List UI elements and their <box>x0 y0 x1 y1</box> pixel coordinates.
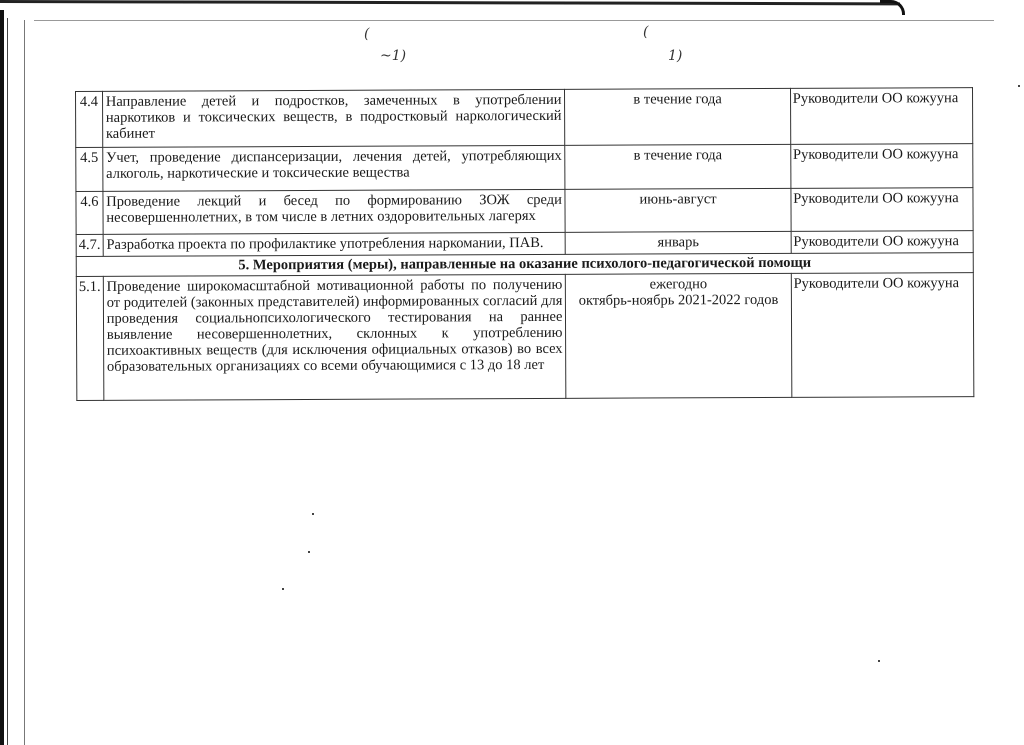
scan-edge-line <box>7 18 8 745</box>
row-responsible: Руководители ОО кожууна <box>791 231 973 254</box>
scan-edge-top <box>0 0 900 5</box>
row-responsible: Руководители ОО кожууна <box>791 188 973 232</box>
row-term: в течение года <box>565 144 791 189</box>
scan-page-curl <box>880 0 905 15</box>
row-number: 5.1. <box>76 276 103 400</box>
row-term: июнь-август <box>565 188 790 232</box>
handwritten-mark: ~1) <box>380 48 406 64</box>
row-description: Учет, проведение диспансеризации, лечени… <box>103 145 566 191</box>
scan-edge-left <box>0 10 4 745</box>
row-description: Проведение широкомасштабной мотивационно… <box>103 274 566 400</box>
row-term: январь <box>566 231 791 254</box>
scan-edge-line <box>34 20 994 21</box>
row-number: 4.7. <box>76 234 103 256</box>
row-responsible: Руководители ОО кожууна <box>790 88 973 145</box>
scan-edge-line <box>24 20 25 745</box>
row-term: в течение года <box>565 88 791 145</box>
scan-speck <box>282 588 284 590</box>
measures-table: 4.4 Направление детей и подростков, заме… <box>75 87 974 401</box>
table-row: 5.1. Проведение широкомасштабной мотивац… <box>76 273 974 401</box>
row-description: Разработка проекта по профилактике употр… <box>103 232 566 256</box>
row-responsible: Руководители ОО кожууна <box>791 273 974 398</box>
row-responsible: Руководители ОО кожууна <box>790 144 972 189</box>
handwritten-mark: ( <box>643 24 648 40</box>
scan-speck <box>308 551 310 553</box>
handwritten-mark: ( <box>364 26 369 42</box>
scan-speck <box>1018 85 1020 87</box>
row-description: Проведение лекций и бесед по формировани… <box>103 189 566 234</box>
scan-speck <box>312 513 314 515</box>
table-row: 4.5 Учет, проведение диспансеризации, ле… <box>76 144 973 192</box>
handwritten-mark: 1) <box>668 48 682 64</box>
row-number: 4.4 <box>76 91 103 147</box>
row-term: ежегодно октябрь-ноябрь 2021-2022 годов <box>566 273 792 398</box>
term-line: октябрь-ноябрь 2021-2022 годов <box>569 292 787 309</box>
row-description: Направление детей и подростков, замеченн… <box>102 89 565 147</box>
scan-speck <box>878 660 880 662</box>
table-row: 4.4 Направление детей и подростков, заме… <box>76 88 973 148</box>
term-line: ежегодно <box>569 276 787 293</box>
table-row: 4.6 Проведение лекций и бесед по формиро… <box>76 188 973 235</box>
row-number: 4.5 <box>76 147 103 191</box>
row-number: 4.6 <box>76 191 103 234</box>
